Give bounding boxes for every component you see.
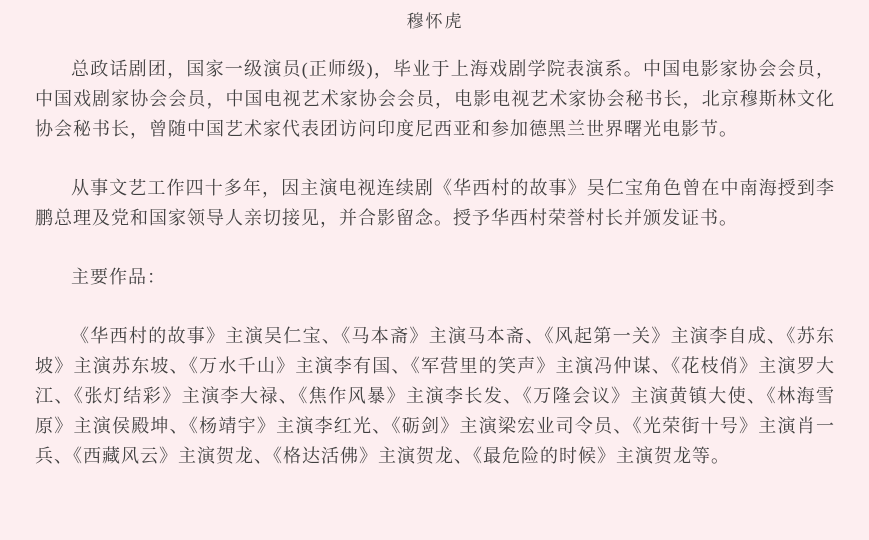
works-heading: 主要作品：	[35, 262, 835, 292]
document-page: 穆怀虎 总政话剧团，国家一级演员(正师级)，毕业于上海戏剧学院表演系。中国电影家…	[0, 0, 869, 540]
career-paragraph: 从事文艺工作四十多年，因主演电视连续剧《华西村的故事》吴仁宝角色曾在中南海授到李…	[35, 173, 835, 233]
works-list-paragraph: 《华西村的故事》主演吴仁宝、《马本斋》主演马本斋、《风起第一关》主演李自成、《苏…	[35, 321, 835, 471]
bio-paragraph: 总政话剧团，国家一级演员(正师级)，毕业于上海戏剧学院表演系。中国电影家协会会员…	[35, 54, 835, 144]
page-title: 穆怀虎	[35, 8, 835, 36]
